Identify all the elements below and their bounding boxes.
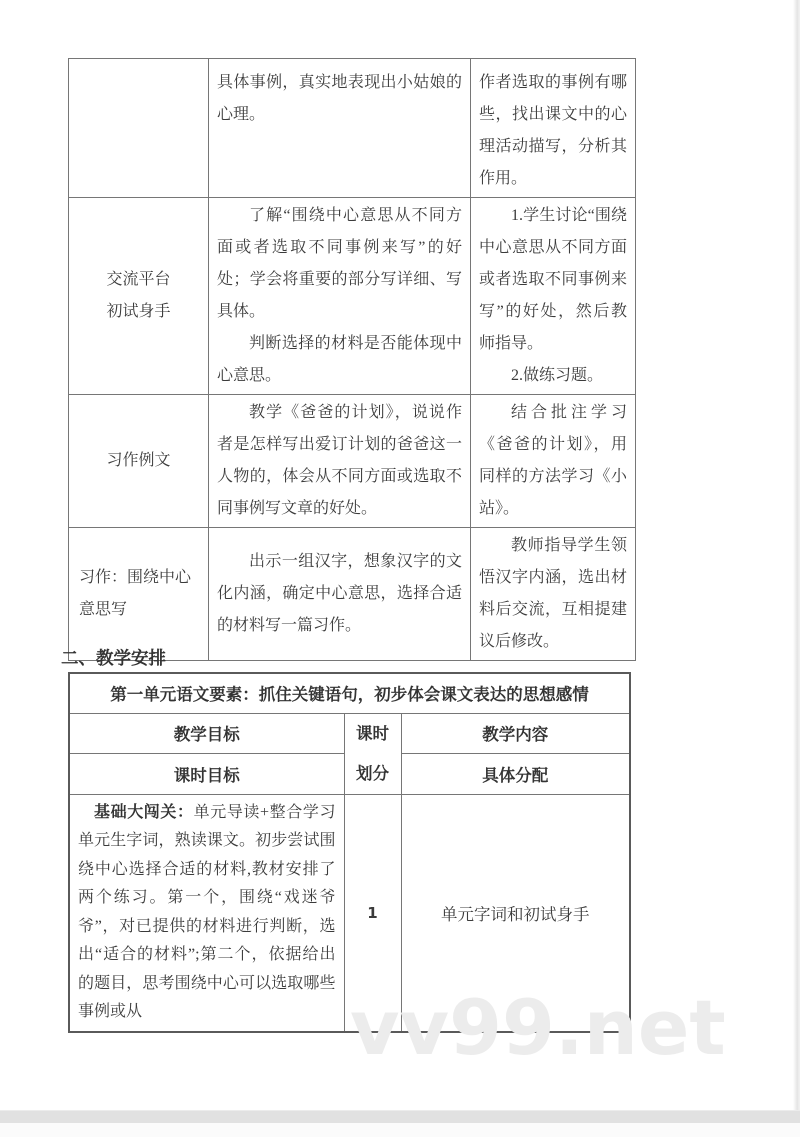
hours-header-line: 划分 [347, 754, 399, 794]
activity-cell: 习作例文 [69, 395, 209, 528]
table-row: 交流平台 初试身手 了解“围绕中心意思从不同方面或者选取不同事例来写”的好处；学… [69, 198, 636, 395]
goal-text: 教学《爸爸的计划》，说说作者是怎样写出爱订计划的爸爸这一人物的，体会从不同方面或… [217, 397, 462, 525]
lesson-plan-table: 具体事例，真实地表现出小姑娘的心理。 作者选取的事例有哪些，找出课文中的心理活动… [68, 58, 636, 661]
activity-line: 初试身手 [77, 296, 200, 328]
method-text: 作者选取的事例有哪些，找出课文中的心理活动描写，分析其作用。 [479, 67, 627, 195]
goal-text: 了解“围绕中心意思从不同方面或者选取不同事例来写”的好处；学会将重要的部分写详细… [217, 200, 462, 328]
goal-text: 具体事例，真实地表现出小姑娘的心理。 [217, 67, 462, 131]
site-watermark: vv99.net [350, 990, 726, 1066]
activity-cell: 交流平台 初试身手 [69, 198, 209, 395]
activity-cell-empty [69, 59, 209, 198]
column-header-hours: 课时 划分 [344, 713, 401, 794]
table-row: 具体事例，真实地表现出小姑娘的心理。 作者选取的事例有哪些，找出课文中的心理活动… [69, 59, 636, 198]
method-text: 2.做练习题。 [479, 360, 627, 392]
activity-line: 交流平台 [77, 264, 200, 296]
lesson-goal-cell: 基础大闯关：单元导读+整合学习单元生字词，熟读课文。初步尝试围绕中心选择合适的材… [69, 794, 344, 1032]
page-right-edge-shadow [793, 0, 800, 1112]
lesson-goal-rest: 单元导读+整合学习单元生字词，熟读课文。初步尝试围绕中心选择合适的材料,教材安排… [78, 804, 336, 1021]
activity-cell: 习作：围绕中心意思写 [69, 528, 209, 661]
table-row: 习作：围绕中心意思写 出示一组汉字，想象汉字的文化内涵，确定中心意思，选择合适的… [69, 528, 636, 661]
hours-header-line: 课时 [347, 714, 399, 754]
goal-text: 出示一组汉字，想象汉字的文化内涵，确定中心意思，选择合适的材料写一篇习作。 [217, 546, 462, 642]
table-row: 教学目标 课时 划分 教学内容 [69, 713, 630, 754]
column-header-goal: 教学目标 [69, 713, 344, 754]
method-cell: 结合批注学习《爸爸的计划》，用同样的方法学习《小站》。 [471, 395, 636, 528]
unit-element-header: 第一单元语文要素：抓住关键语句，初步体会课文表达的思想感情 [69, 673, 630, 713]
goal-cell: 了解“围绕中心意思从不同方面或者选取不同事例来写”的好处；学会将重要的部分写详细… [209, 198, 471, 395]
column-header-allocation: 具体分配 [401, 754, 630, 795]
goal-cell: 具体事例，真实地表现出小姑娘的心理。 [209, 59, 471, 198]
goal-cell: 教学《爸爸的计划》，说说作者是怎样写出爱订计划的爸爸这一人物的，体会从不同方面或… [209, 395, 471, 528]
method-text: 教师指导学生领悟汉字内涵，选出材料后交流，互相提建议后修改。 [479, 530, 627, 658]
method-text: 结合批注学习《爸爸的计划》，用同样的方法学习《小站》。 [479, 397, 627, 525]
table-row: 第一单元语文要素：抓住关键语句，初步体会课文表达的思想感情 [69, 673, 630, 713]
method-cell: 作者选取的事例有哪些，找出课文中的心理活动描写，分析其作用。 [471, 59, 636, 198]
lesson-goal-lead: 基础大闯关： [94, 804, 194, 821]
teaching-arrangement-table: 第一单元语文要素：抓住关键语句，初步体会课文表达的思想感情 教学目标 课时 划分… [68, 672, 631, 1033]
goal-cell: 出示一组汉字，想象汉字的文化内涵，确定中心意思，选择合适的材料写一篇习作。 [209, 528, 471, 661]
goal-text: 判断选择的材料是否能体现中心意思。 [217, 328, 462, 392]
column-header-content: 教学内容 [401, 713, 630, 754]
next-page-top-edge [0, 1123, 800, 1137]
page-gap-band [0, 1110, 800, 1123]
method-text: 1.学生讨论“围绕中心意思从不同方面或者选取不同事例来写”的好处，然后教师指导。 [479, 200, 627, 360]
table-row: 习作例文 教学《爸爸的计划》，说说作者是怎样写出爱订计划的爸爸这一人物的，体会从… [69, 395, 636, 528]
document-page: 具体事例，真实地表现出小姑娘的心理。 作者选取的事例有哪些，找出课文中的心理活动… [0, 0, 800, 1137]
method-cell: 教师指导学生领悟汉字内涵，选出材料后交流，互相提建议后修改。 [471, 528, 636, 661]
section-heading: 二、教学安排 [61, 645, 166, 670]
lesson-goal-text: 基础大闯关：单元导读+整合学习单元生字词，熟读课文。初步尝试围绕中心选择合适的材… [78, 799, 336, 1027]
column-header-lesson-goal: 课时目标 [69, 754, 344, 795]
method-cell: 1.学生讨论“围绕中心意思从不同方面或者选取不同事例来写”的好处，然后教师指导。… [471, 198, 636, 395]
